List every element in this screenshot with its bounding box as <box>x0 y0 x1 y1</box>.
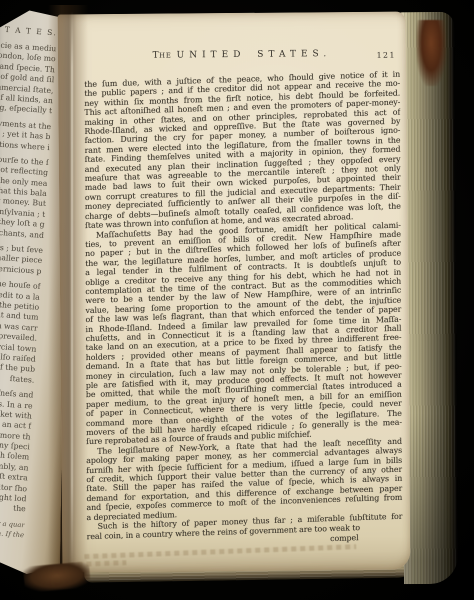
running-title: THEUNITED STATES. <box>84 49 400 62</box>
facing-page-running-title: T A T E S. <box>0 24 58 37</box>
running-title-text: UNITED STATES. <box>177 49 332 60</box>
page-header: THEUNITED STATES. 121 <box>84 49 400 66</box>
photo-background: T A T E S. tage of ſpecie as a mediu ce … <box>0 0 474 600</box>
facing-page-text: T A T E S. tage of ſpecie as a mediu ce … <box>0 24 58 541</box>
book-cover-edge <box>23 561 91 593</box>
book-page: THEUNITED STATES. 121 the ſum due, with … <box>58 11 411 572</box>
edge-damage-spot <box>416 20 446 86</box>
facing-page-text-fragments: tage of ſpecie as a mediu ce to London, … <box>0 40 57 541</box>
page-number: 121 <box>377 51 396 60</box>
body-text: the ſum due, with a juſtice of the peace… <box>84 70 402 542</box>
running-title-the-smallcaps: HE <box>159 52 172 60</box>
body-text-area: the ſum due, with a juſtice of the peace… <box>84 70 402 552</box>
